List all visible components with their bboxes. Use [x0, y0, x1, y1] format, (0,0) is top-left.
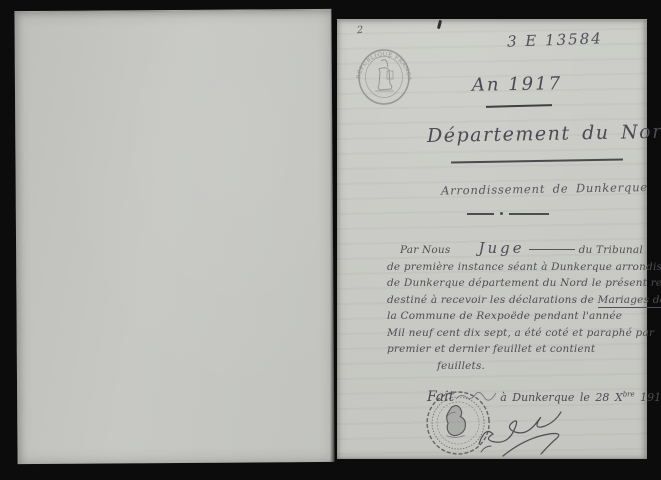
paragraph-line: feuillets.	[387, 358, 649, 375]
paragraph-line: Par NousJugedu Tribunal	[387, 240, 649, 259]
seal-rim-text: RÉPUBLIQUE FRANÇAISE	[355, 46, 412, 82]
ink-tick-mark	[437, 20, 442, 29]
paragraph-line: premier et dernier feuillet et contient	[387, 341, 649, 358]
paragraph-text: destiné à recevoir les déclarations de	[387, 294, 598, 306]
department-underline	[451, 158, 623, 163]
paragraph-line: la Commune de Rexpoëde pendant l'année	[387, 308, 649, 325]
seated-marianne-figure	[375, 60, 394, 91]
paragraph-line: Mil neuf cent dix sept, a été coté et pa…	[387, 325, 649, 342]
republique-francaise-seal-icon: RÉPUBLIQUE FRANÇAISE	[355, 46, 413, 106]
paragraph-line: destiné à recevoir les déclarations de M…	[387, 292, 649, 309]
pen-flourish	[529, 249, 575, 250]
stamp-center-figure	[445, 405, 467, 437]
arrondissement-underline-dash	[467, 213, 494, 215]
closing-year: 1916	[640, 391, 661, 404]
right-register-page: 2 3 E 13584 RÉPUBLIQUE FRANÇAISE An 1917…	[337, 19, 647, 459]
paragraph-text: du Tribunal	[579, 244, 643, 256]
judge-word: Juge	[478, 239, 524, 257]
paragraph-text: Par Nous	[400, 244, 450, 256]
year-underline	[486, 104, 552, 108]
arrondissement-underline-dash	[509, 213, 549, 215]
underlined-mariages: Mariages de	[598, 294, 661, 308]
register-opening-paragraph: Par NousJugedu Tribunal de première inst…	[387, 240, 649, 374]
archive-reference: 3 E 13584	[507, 29, 603, 50]
left-blank-page	[14, 9, 334, 464]
paragraph-line: de Dunkerque département du Nord le prés…	[387, 275, 649, 292]
arrondissement-underline-dot	[500, 212, 503, 215]
svg-text:RÉPUBLIQUE FRANÇAISE: RÉPUBLIQUE FRANÇAISE	[355, 46, 412, 82]
arrondissement-heading: Arrondissement de Dunkerque	[441, 180, 631, 197]
paragraph-line: de première instance séant à Dunkerque a…	[387, 259, 649, 276]
page-number: 2	[357, 25, 364, 36]
year-heading: An 1917	[452, 73, 582, 96]
scanned-register-photo: { "scene": { "background_color": "#0c0c0…	[0, 0, 661, 480]
closing-superscript: bre	[623, 390, 635, 398]
judge-signature-icon	[475, 402, 587, 464]
department-heading: Département du Nord	[427, 121, 655, 147]
